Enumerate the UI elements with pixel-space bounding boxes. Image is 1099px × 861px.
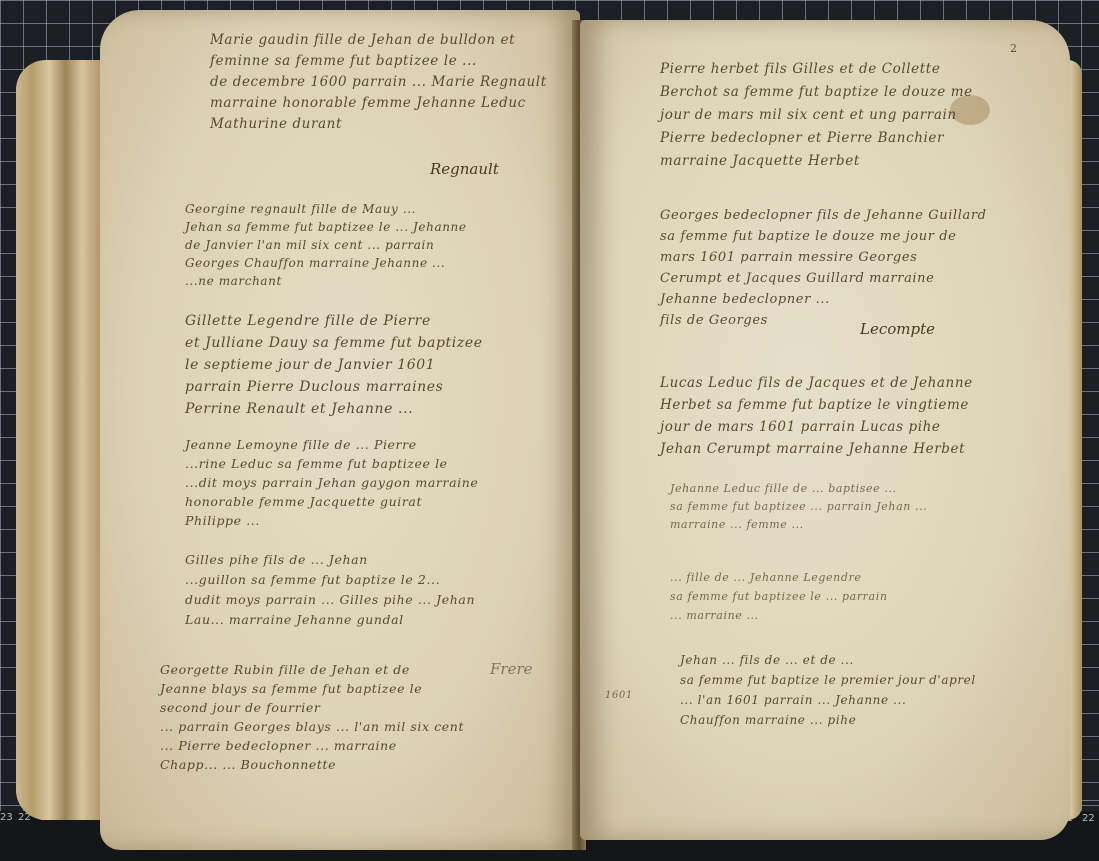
right-page: 2 Pierre herbet fils Gilles et de Collet…	[580, 20, 1070, 840]
signature: Frere	[490, 660, 533, 678]
margin-note: 1601	[605, 685, 633, 706]
register-entry: Lucas Leduc fils de Jacques et de Jehann…	[660, 372, 973, 460]
register-entry: ... fille de ... Jehanne Legendre sa fem…	[670, 568, 888, 625]
register-entry: Georgette Rubin fille de Jehan et de Jea…	[160, 660, 464, 774]
signature: Regnault	[430, 160, 499, 178]
register-entry: Gillette Legendre fille de Pierre et Jul…	[185, 310, 483, 420]
register-entry: Jeanne Lemoyne fille de ... Pierre ...ri…	[185, 435, 478, 530]
register-entry: Georgine regnault fille de Mauy ... Jeha…	[185, 200, 467, 290]
left-page: Marie gaudin fille de Jehan de bulldon e…	[100, 10, 580, 850]
register-entry: Jehanne Leduc fille de ... baptisee ... …	[670, 480, 927, 534]
register-entry: Marie gaudin fille de Jehan de bulldon e…	[210, 30, 547, 135]
register-entry: Georges bedeclopner fils de Jehanne Guil…	[660, 205, 987, 331]
register-entry: Jehan ... fils de ... et de ... sa femme…	[680, 650, 976, 730]
register-entry: Gilles pihe fils de ... Jehan ...guillon…	[185, 550, 475, 630]
ruler-tick: 23	[0, 812, 13, 823]
ruler-tick: 22	[1082, 813, 1095, 824]
register-entry: Pierre herbet fils Gilles et de Collette…	[660, 58, 973, 173]
signature: Lecompte	[860, 320, 935, 338]
page-number: 2	[1010, 42, 1017, 55]
